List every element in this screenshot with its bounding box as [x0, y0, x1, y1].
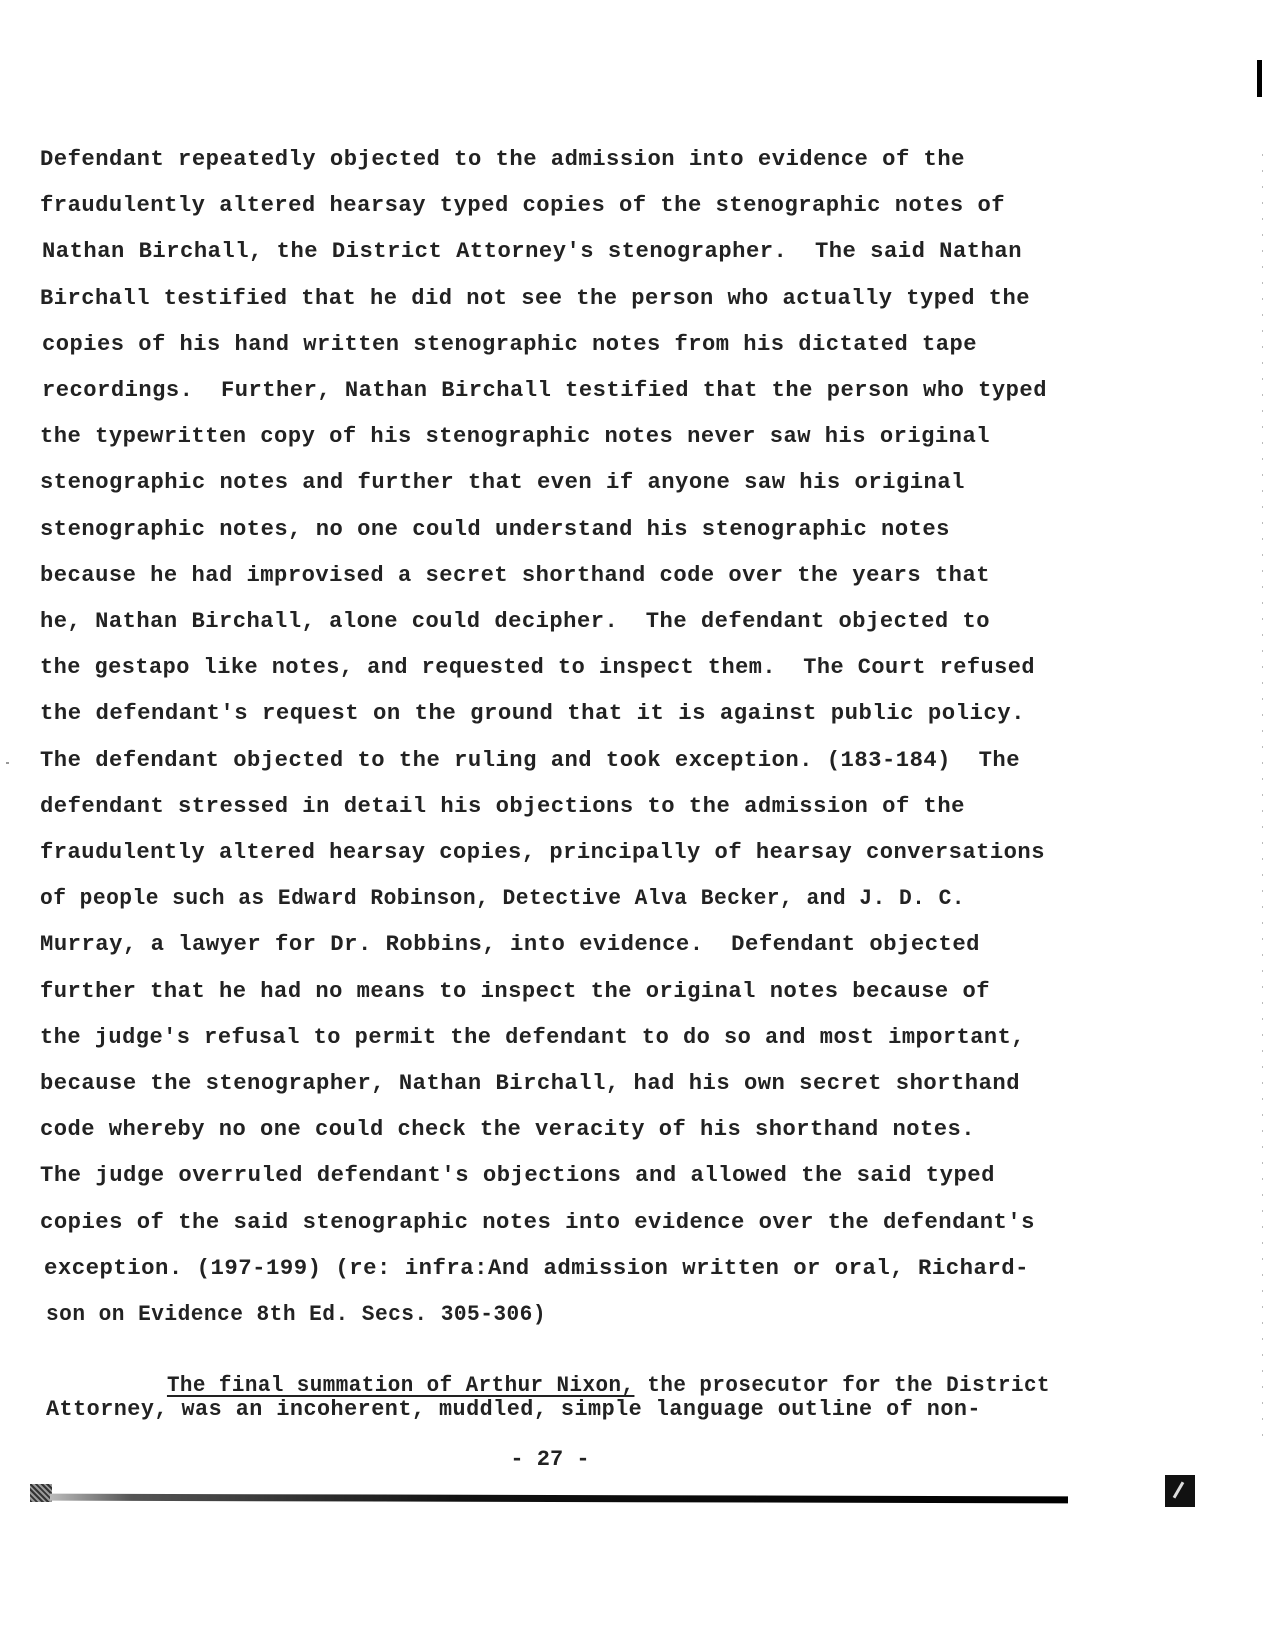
body-line: copies of the said stenographic notes in…: [40, 1211, 1035, 1233]
body-line: copies of his hand written stenographic …: [42, 333, 977, 355]
scan-corner-artifact-left: [30, 1484, 52, 1502]
body-line: The judge overruled defendant's objectio…: [40, 1164, 995, 1186]
body-line: stenographic notes and further that even…: [40, 471, 965, 493]
scan-speck: [6, 762, 9, 764]
body-line: Nathan Birchall, the District Attorney's…: [42, 240, 1022, 262]
body-line: fraudulently altered hearsay copies, pri…: [40, 841, 1045, 863]
body-line: because the stenographer, Nathan Birchal…: [40, 1072, 1020, 1094]
scan-corner-artifact-right: [1165, 1475, 1195, 1507]
margin-mark: [1257, 60, 1262, 97]
body-line: Murray, a lawyer for Dr. Robbins, into e…: [40, 933, 980, 955]
body-line: the judge's refusal to permit the defend…: [40, 1026, 1025, 1048]
body-line: the gestapo like notes, and requested to…: [40, 656, 1035, 678]
body-line: recordings. Further, Nathan Birchall tes…: [42, 379, 1047, 401]
document-page: Defendant repeatedly objected to the adm…: [0, 0, 1275, 1650]
body-line: Defendant repeatedly objected to the adm…: [40, 148, 965, 170]
body-line: the typewritten copy of his stenographic…: [40, 425, 990, 447]
scan-edge-artifact: [1262, 140, 1263, 1440]
body-line: defendant stressed in detail his objecti…: [40, 795, 965, 817]
body-line: further that he had no means to inspect …: [40, 980, 990, 1002]
underlined-heading-phrase: The final summation of Arthur Nixon,: [167, 1372, 635, 1398]
body-line: stenographic notes, no one could underst…: [40, 518, 950, 540]
lead-line-rest: the prosecutor for the District: [634, 1372, 1050, 1398]
body-line: exception. (197-199) (re: infra:And admi…: [44, 1257, 1029, 1279]
page-number: - 27 -: [0, 1447, 1100, 1472]
body-line: because he had improvised a secret short…: [40, 564, 990, 586]
body-line: fraudulently altered hearsay typed copie…: [40, 194, 1005, 216]
bottom-rule: [50, 1494, 1068, 1504]
body-line: he, Nathan Birchall, alone could deciphe…: [40, 610, 990, 632]
body-line: The defendant objected to the ruling and…: [40, 749, 1020, 771]
body-line: the defendant's request on the ground th…: [40, 702, 1025, 724]
body-line: code whereby no one could check the vera…: [40, 1118, 975, 1140]
body-line: Birchall testified that he did not see t…: [40, 287, 1030, 309]
paragraph-continuation-line: Attorney, was an incoherent, muddled, si…: [46, 1398, 981, 1420]
body-line: of people such as Edward Robinson, Detec…: [40, 887, 965, 909]
body-line: son on Evidence 8th Ed. Secs. 305-306): [46, 1303, 546, 1325]
